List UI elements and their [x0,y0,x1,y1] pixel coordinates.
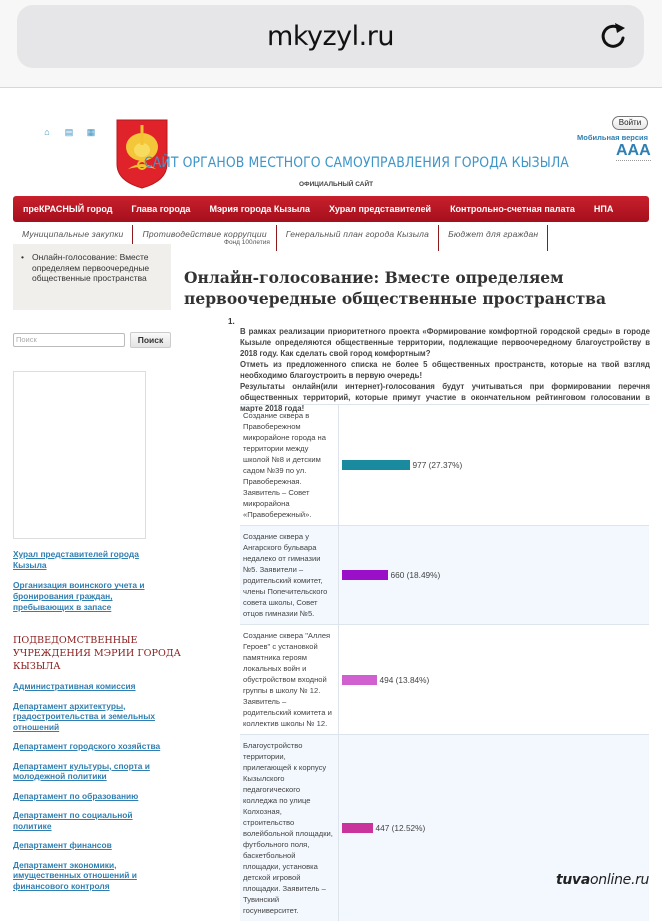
poll-bar-cell: 660 (18.49%) [338,526,649,625]
poll-intro: В рамках реализации приоритетного проект… [240,326,650,414]
subnav-item-fond[interactable]: Фонд 100летия [224,239,270,246]
login-button[interactable]: Войти [612,116,648,130]
department-links: Административная комиссия Департамент ар… [13,681,163,900]
poll-intro-paragraph: Отметь из предложенного списка не более … [240,359,650,381]
sidebar-link-khural[interactable]: Хурал представителей города Кызыла [13,549,163,570]
poll-option-label: Создание сквера у Ангарского бульвара не… [240,526,338,625]
web-page: ⌂ ▤ ▦ САЙТ ОРГАНОВ МЕСТНОГО САМОУПРАВЛЕН… [0,89,662,900]
poll-bar-cell: 494 (13.84%) [338,625,649,735]
nav-item-kontrolno-schetnaya[interactable]: Контрольно-счетная палата [450,204,575,214]
mobile-version-link[interactable]: Мобильная версия [577,133,648,142]
watermark: tuvaonline.ru [556,872,649,888]
poll-bar-cell: 977 (27.37%) [338,405,649,526]
sidebar-links: Хурал представителей города Кызыла Орган… [13,549,163,623]
dept-link[interactable]: Департамент экономики, имущественных отн… [13,860,163,892]
poll-result-value: 977 (27.37%) [413,460,463,470]
dept-link[interactable]: Департамент по социальной политике [13,810,163,831]
poll-result-bar [342,675,377,685]
dept-link[interactable]: Административная комиссия [13,681,163,692]
print-icon[interactable]: ▤ [64,127,74,138]
subnav-item-genplan[interactable]: Генеральный план города Кызыла [277,225,439,251]
dept-link[interactable]: Департамент культуры, спорта и молодежно… [13,761,163,782]
nav-item-khural[interactable]: Хурал представителей [329,204,431,214]
poll-intro-paragraph: В рамках реализации приоритетного проект… [240,326,650,359]
poll-option-label: Благоустройство территории, прилегающей … [240,735,338,901]
poll-result-value: 660 (18.49%) [391,570,441,580]
font-size-toggle[interactable]: AAA [616,142,651,161]
dept-link[interactable]: Департамент по образованию [13,791,163,802]
poll-row: Создание сквера в Правобережном микрорай… [240,405,649,526]
poll-option-label: Создание сквера "Аллея Героев" с установ… [240,625,338,735]
nav-item-prekrasny-gorod[interactable]: преКРАСНЫЙ город [23,204,112,214]
poll-option-label: Создание сквера в Правобережном микрорай… [240,405,338,526]
page-title: Онлайн-голосование: Вместе определяем пе… [184,267,634,309]
site-title[interactable]: САЙТ ОРГАНОВ МЕСТНОГО САМОУПРАВЛЕНИЯ ГОР… [144,155,569,171]
breadcrumb: Онлайн-голосование: Вместе определяем пе… [13,244,171,310]
poll-result-bar [342,823,373,833]
nav-item-glava-goroda[interactable]: Глава города [131,204,190,214]
home-icon[interactable]: ⌂ [42,127,52,138]
poll-row: Создание сквера у Ангарского бульвара не… [240,526,649,625]
url-text[interactable]: mkyzyl.ru [17,21,644,52]
sidebar-widget [13,371,146,539]
poll-result-value: 447 (12.52%) [376,823,426,833]
poll-result-bar [342,460,410,470]
browser-bar: mkyzyl.ru [0,0,662,88]
sitemap-icon[interactable]: ▦ [86,127,96,138]
poll-results-table: Создание сквера в Правобережном микрорай… [240,404,649,900]
watermark-rest: online.ru [590,872,649,888]
poll-result-bar [342,570,388,580]
reload-icon[interactable] [598,20,630,52]
dept-link[interactable]: Департамент архитектуры, градостроительс… [13,701,163,733]
poll-number: 1. [228,317,235,326]
nav-item-meriya[interactable]: Мэрия города Кызыла [209,204,310,214]
site-subtitle: ОФИЦИАЛЬНЫЙ САЙТ [299,181,373,188]
sidebar-heading: ПОДВЕДОМСТВЕННЫЕ УЧРЕЖДЕНИЯ МЭРИИ ГОРОДА… [13,634,183,673]
city-crest-logo[interactable] [116,119,168,189]
main-nav: преКРАСНЫЙ город Глава города Мэрия горо… [13,196,649,222]
poll-row: Создание сквера "Аллея Героев" с установ… [240,625,649,735]
dept-link[interactable]: Департамент финансов [13,840,163,851]
address-bar[interactable]: mkyzyl.ru [17,5,644,68]
search-button[interactable]: Поиск [130,332,171,348]
dept-link[interactable]: Департамент городского хозяйства [13,741,163,752]
sidebar-link-voinsky-uchet[interactable]: Организация воинского учета и бронирован… [13,580,163,612]
poll-result-value: 494 (13.84%) [380,675,430,685]
header-tools: ⌂ ▤ ▦ [42,127,96,138]
breadcrumb-current: Онлайн-голосование: Вместе определяем пе… [21,252,165,284]
watermark-bold: tuva [556,872,590,888]
search-input[interactable]: Поиск [13,333,125,347]
nav-item-npa[interactable]: НПА [594,204,613,214]
subnav-item-budget[interactable]: Бюджет для граждан [439,225,548,251]
